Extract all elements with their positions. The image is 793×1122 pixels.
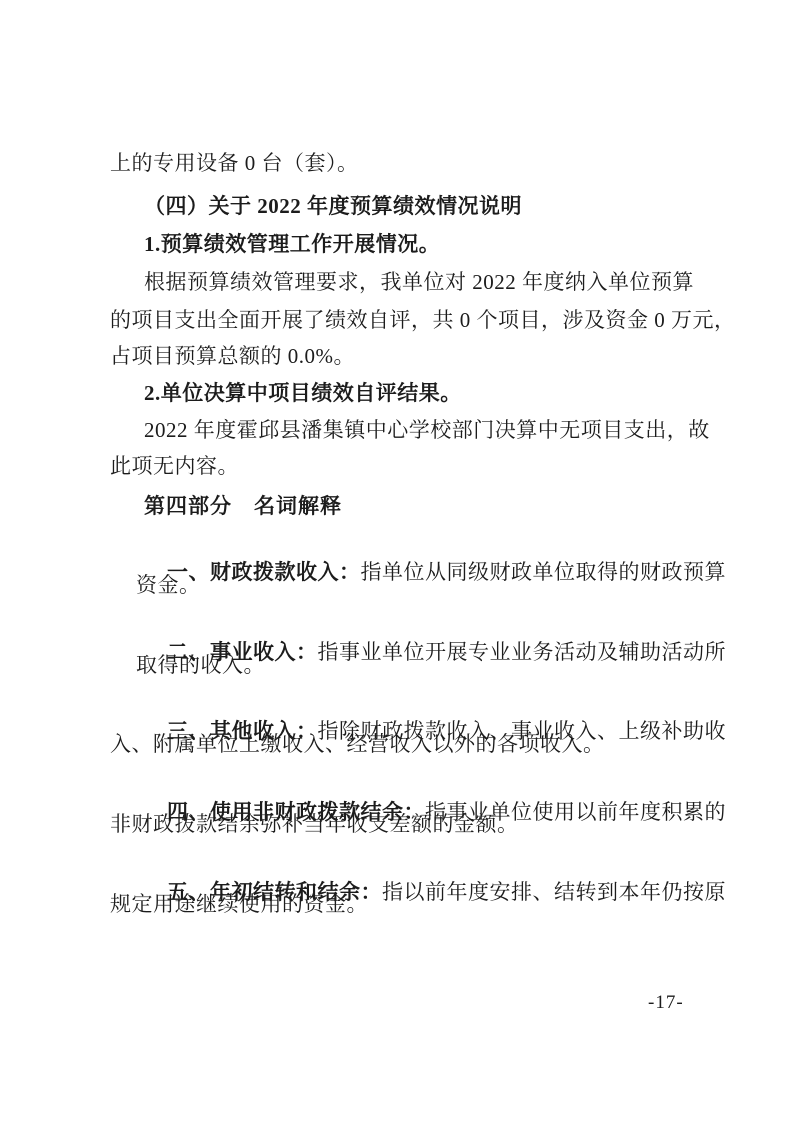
term-continuation-4: 非财政拨款结余弥补当年收支差额的金额。 xyxy=(110,811,710,837)
term-continuation-2: 取得的收入。 xyxy=(110,652,736,678)
paragraph2-line2: 此项无内容。 xyxy=(110,453,710,479)
paragraph2-line1: 2022 年度霍邱县潘集镇中心学校部门决算中无项目支出，故 xyxy=(110,417,744,443)
term-continuation-5: 规定用途继续使用的资金。 xyxy=(110,891,710,917)
paragraph1-line2: 的项目支出全面开展了绩效自评，共 0 个项目，涉及资金 0 万元， xyxy=(110,307,710,333)
section-heading-4: （四）关于 2022 年度预算绩效情况说明 xyxy=(110,193,744,219)
term-continuation-3: 入、附属单位上缴收入、经营收入以外的各项收入。 xyxy=(110,731,710,757)
subheading-2: 2.单位决算中项目绩效自评结果。 xyxy=(110,380,744,406)
paragraph1-line3: 占项目预算总额的 0.0%。 xyxy=(110,343,710,369)
document-page: 上的专用设备 0 台（套）。 （四）关于 2022 年度预算绩效情况说明 1.预… xyxy=(0,0,793,1122)
paragraph1-line1: 根据预算绩效管理要求，我单位对 2022 年度纳入单位预算 xyxy=(110,269,744,295)
term-continuation-1: 资金。 xyxy=(110,572,736,598)
part4-heading: 第四部分 名词解释 xyxy=(110,494,744,520)
subheading-1: 1.预算绩效管理工作开展情况。 xyxy=(110,231,744,257)
page-number: -17- xyxy=(648,992,684,1014)
prev-paragraph-continuation: 上的专用设备 0 台（套）。 xyxy=(110,150,710,176)
